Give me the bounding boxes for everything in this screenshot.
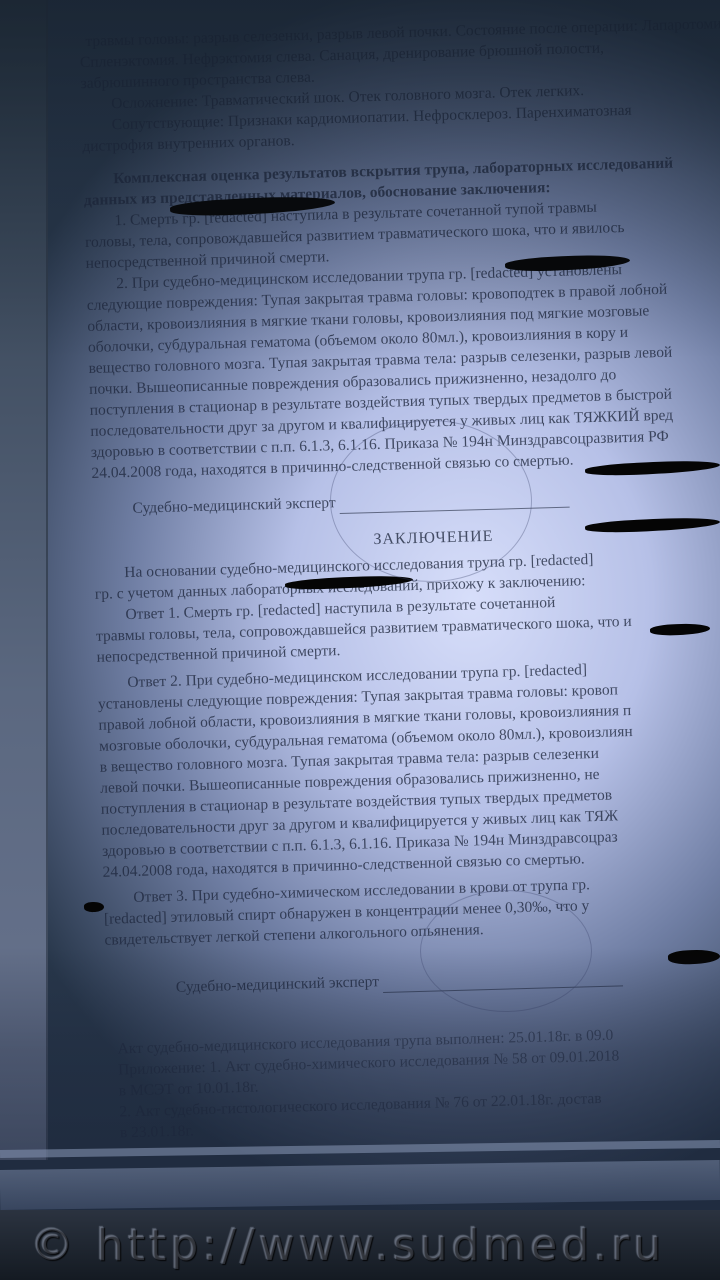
expert-label: Судебно-медицинский эксперт	[132, 494, 336, 517]
expert-label: Судебно-медицинский эксперт	[176, 973, 380, 996]
stamp-mark	[420, 890, 592, 1012]
watermark: © http://www.sudmed.ru	[30, 1220, 665, 1271]
text-line: дистрофия внутренних органов.	[82, 130, 295, 157]
adjacent-page-edge	[0, 0, 48, 1160]
appendix-line: в 23.01.18г.	[120, 1120, 195, 1144]
stamp-mark	[330, 420, 532, 582]
